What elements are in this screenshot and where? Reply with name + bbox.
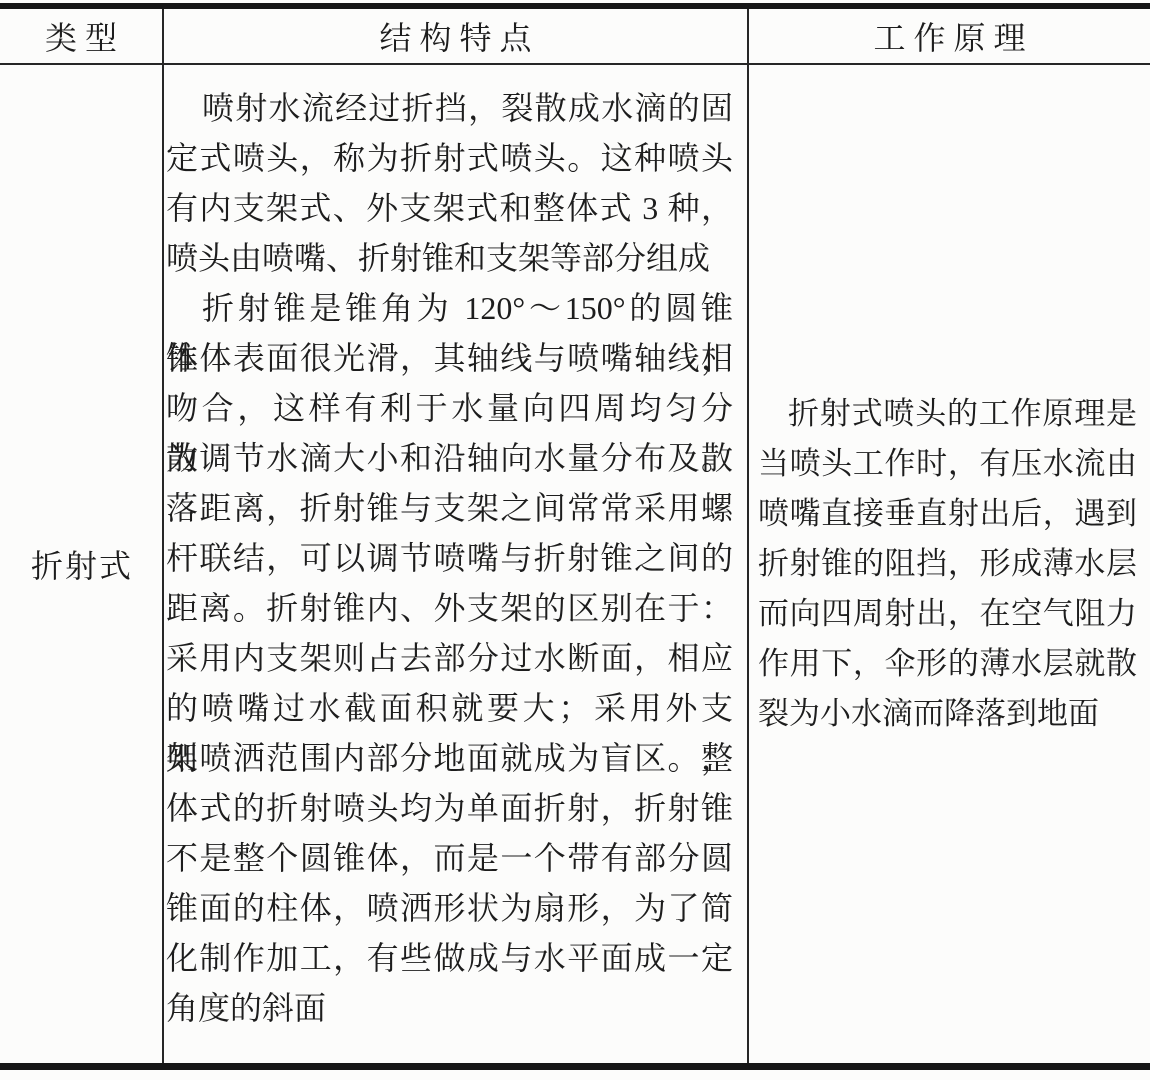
text-line: 锥体表面很光滑，其轴线与喷嘴轴线相 (166, 333, 733, 383)
text-line: 喷嘴直接垂直射出后，遇到 (758, 489, 1137, 539)
text-line: 落距离，折射锥与支架之间常常采用螺 (166, 483, 733, 533)
text-line: 不是整个圆锥体，而是一个带有部分圆 (166, 833, 733, 883)
type-cell: 折射式 (0, 65, 162, 1063)
header-principle-label: 工作原理 (873, 13, 1033, 59)
header-structure: 结构特点 (162, 9, 747, 65)
text-line: 定式喷头，称为折射式喷头。这种喷头 (166, 133, 733, 183)
text-line: 而向四周射出，在空气阻力 (758, 589, 1137, 639)
principle-cell: 折射式喷头的工作原理是当喷头工作时，有压水流由喷嘴直接垂直射出后，遇到折射锥的阻… (747, 65, 1150, 1063)
header-type-label: 类型 (45, 13, 125, 59)
text-line: 吻合，这样有利于水量向四周均匀分散。 (166, 383, 733, 433)
text-line: 采用内支架则占去部分过水断面，相应 (166, 633, 733, 683)
text-line: 则喷洒范围内部分地面就成为盲区。整 (166, 733, 733, 783)
header-type: 类型 (0, 9, 162, 65)
text-line: 锥面的柱体，喷洒形状为扇形，为了简 (166, 883, 733, 933)
text-line: 折射锥的阻挡，形成薄水层 (758, 539, 1137, 589)
text-line: 喷头由喷嘴、折射锥和支架等部分组成 (166, 233, 733, 283)
sprinkler-types-table: 类型 结构特点 工作原理 折射式 喷射水流经过折挡，裂散成水滴的固定式喷头，称为… (0, 3, 1150, 1070)
text-line: 有内支架式、外支架式和整体式 3 种， (166, 183, 733, 233)
text-line: 杆联结，可以调节喷嘴与折射锥之间的 (166, 533, 733, 583)
text-line: 喷射水流经过折挡，裂散成水滴的固 (166, 83, 733, 133)
text-line: 作用下，伞形的薄水层就散 (758, 639, 1137, 689)
scanned-table-page: 类型 结构特点 工作原理 折射式 喷射水流经过折挡，裂散成水滴的固定式喷头，称为… (0, 0, 1150, 1080)
header-structure-label: 结构特点 (379, 13, 539, 59)
type-label: 折射式 (31, 541, 133, 587)
text-line: 当喷头工作时，有压水流由 (758, 439, 1137, 489)
text-line: 角度的斜面 (166, 983, 733, 1033)
text-line: 裂为小水滴而降落到地面 (758, 689, 1137, 739)
text-line: 距离。折射锥内、外支架的区别在于： (166, 583, 733, 633)
text-line: 为调节水滴大小和沿轴向水量分布及散 (166, 433, 733, 483)
text-line: 化制作加工，有些做成与水平面成一定 (166, 933, 733, 983)
text-line: 体式的折射喷头均为单面折射，折射锥 (166, 783, 733, 833)
text-line: 折射式喷头的工作原理是 (758, 389, 1137, 439)
structure-cell: 喷射水流经过折挡，裂散成水滴的固定式喷头，称为折射式喷头。这种喷头有内支架式、外… (162, 65, 747, 1063)
text-line: 的喷嘴过水截面积就要大；采用外支架， (166, 683, 733, 733)
text-line: 折射锥是锥角为 120°～150°的圆锥体， (166, 283, 733, 333)
header-principle: 工作原理 (747, 9, 1150, 65)
